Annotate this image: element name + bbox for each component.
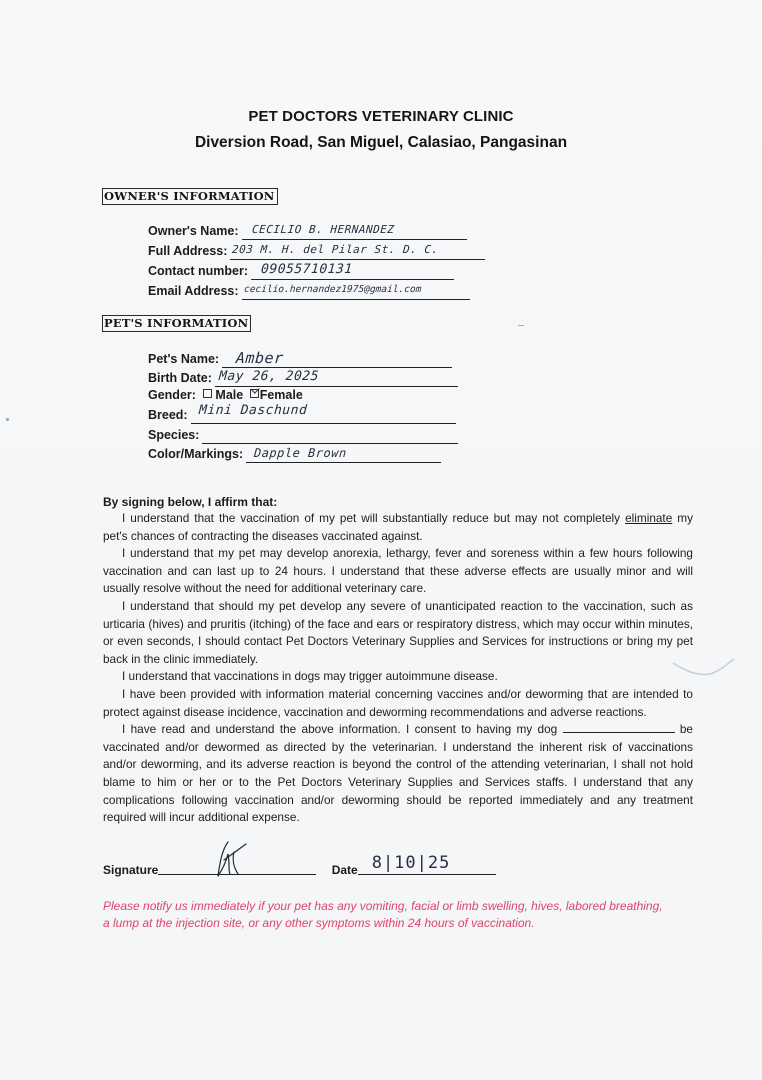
contact-number-label: Contact number: (148, 262, 248, 280)
signature-row: Signature Date8|10|25 (103, 862, 496, 877)
female-option-label: Female (260, 388, 303, 402)
owner-name-label: Owner's Name: (148, 222, 239, 240)
clinic-address: Diversion Road, San Miguel, Calasiao, Pa… (0, 134, 762, 152)
birth-date-field[interactable]: Birth Date: May 26, 2025 (148, 369, 458, 387)
email-address-field[interactable]: Email Address: cecilio.hernandez1975@gma… (148, 282, 470, 300)
signature-field[interactable] (158, 862, 316, 875)
signature-label: Signature (103, 863, 158, 877)
pet-name-label: Pet's Name: (148, 350, 219, 368)
date-field[interactable]: 8|10|25 (358, 862, 496, 875)
birth-date-label: Birth Date: (148, 369, 212, 387)
affirmation-body: I understand that the vaccination of my … (103, 510, 693, 827)
email-address-label: Email Address: (148, 282, 239, 300)
owner-name-value: CECILIO B. HERNANDEZ (251, 221, 395, 239)
breed-label: Breed: (148, 406, 188, 424)
color-markings-value: Dapple Brown (254, 444, 348, 462)
post-vaccination-notice: Please notify us immediately if your pet… (103, 898, 663, 932)
birth-date-value: May 26, 2025 (218, 368, 319, 386)
contact-number-field[interactable]: Contact number: 09055710131 (148, 262, 454, 280)
gender-label: Gender: (148, 388, 196, 402)
affirmation-paragraph-4: I understand that vaccinations in dogs m… (103, 668, 693, 686)
male-checkbox[interactable] (203, 389, 212, 398)
pet-name-value: Amber (235, 349, 284, 367)
affirmation-paragraph-2: I understand that my pet may develop ano… (103, 545, 693, 598)
scan-speck (518, 325, 524, 326)
contact-number-value: 09055710131 (260, 261, 353, 279)
full-address-value: 203 M. H. del Pilar St. D. C. (232, 241, 440, 259)
affirmation-heading: By signing below, I affirm that: (103, 495, 277, 509)
owner-section-header: OWNER'S INFORMATION (102, 188, 278, 205)
dog-name-blank[interactable] (563, 722, 675, 733)
pet-section-header: PET'S INFORMATION (102, 315, 251, 332)
scan-speck (6, 418, 9, 421)
gender-field: Gender: Male Female (148, 388, 303, 402)
scan-smudge-icon (668, 655, 748, 685)
signature-scribble-icon (208, 840, 252, 880)
female-checkbox[interactable] (250, 389, 259, 398)
pet-name-field[interactable]: Pet's Name: Amber (148, 350, 452, 368)
species-label: Species: (148, 426, 199, 444)
male-option-label: Male (215, 388, 243, 402)
owner-name-field[interactable]: Owner's Name: CECILIO B. HERNANDEZ (148, 222, 467, 240)
date-value: 8|10|25 (372, 853, 451, 873)
clinic-name: PET DOCTORS VETERINARY CLINIC (0, 108, 762, 125)
color-markings-field[interactable]: Color/Markings: Dapple Brown (148, 445, 441, 463)
form-page: PET DOCTORS VETERINARY CLINIC Diversion … (0, 0, 762, 1080)
affirmation-paragraph-1: I understand that the vaccination of my … (103, 510, 693, 545)
full-address-label: Full Address: (148, 242, 227, 260)
species-field[interactable]: Species: (148, 426, 458, 444)
breed-value: Mini Daschund (198, 402, 308, 420)
affirmation-paragraph-6: I have read and understand the above inf… (103, 721, 693, 827)
affirmation-paragraph-3: I understand that should my pet develop … (103, 598, 693, 668)
date-label: Date (332, 863, 358, 877)
affirmation-paragraph-5: I have been provided with information ma… (103, 686, 693, 721)
color-markings-label: Color/Markings: (148, 445, 243, 463)
breed-field[interactable]: Breed: Mini Daschund (148, 406, 456, 424)
email-address-value: cecilio.hernandez1975@gmail.com (243, 281, 422, 299)
eliminate-underline: eliminate (625, 511, 672, 525)
full-address-field[interactable]: Full Address: 203 M. H. del Pilar St. D.… (148, 242, 485, 260)
